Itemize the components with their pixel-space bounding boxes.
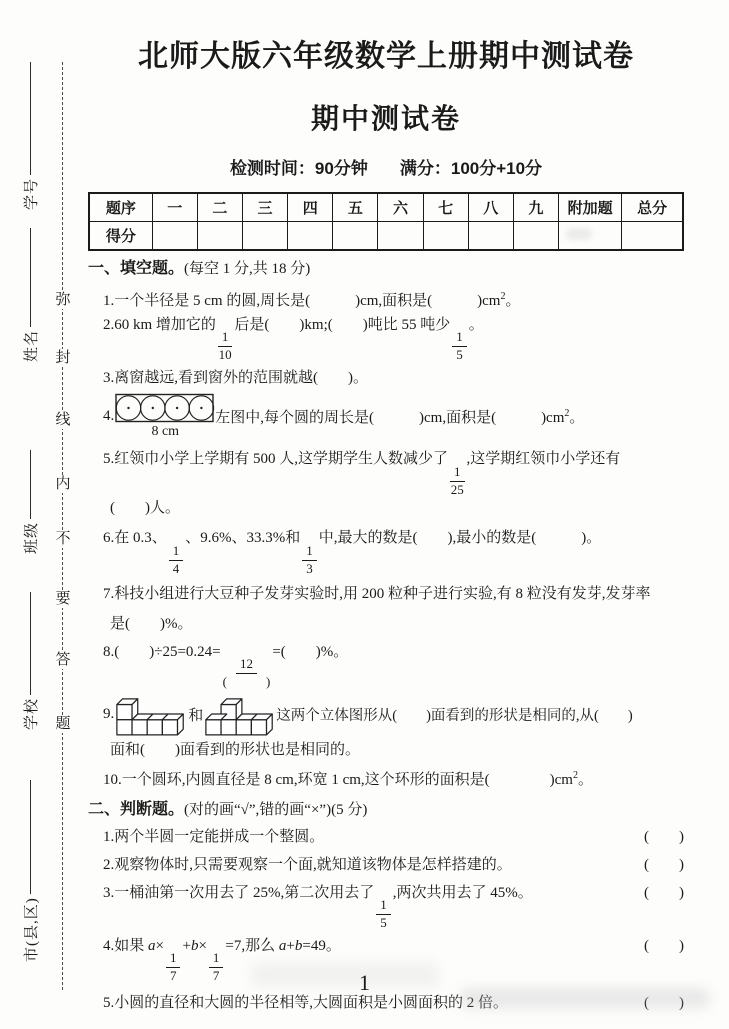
field-school-label: 学校 [20, 698, 41, 730]
fill-q9-text: 这两个立体图形从( )面看到的形状是相同的,从( ) [276, 704, 632, 725]
content-column: 北师大版六年级数学上册期中测试卷 期中测试卷 检测时间：90分钟 满分：100分… [88, 0, 684, 1014]
fill-q9: 9. 和 [103, 692, 684, 737]
q4-figure: 8 cm [115, 393, 215, 440]
col-bonus: 附加题 [558, 193, 621, 222]
col-3: 三 [242, 193, 287, 222]
seal-char: 题 [54, 715, 72, 733]
field-student-id: 学号 [20, 62, 40, 210]
judge-q2: 2.观察物体时,只需要观察一个面,就知道该物体是怎样搭建的。 ( ) [103, 854, 684, 876]
judge-q3-answer-blank: ( ) [644, 882, 684, 931]
field-school: 学校 [20, 592, 40, 730]
seal-char: 答 [54, 651, 72, 669]
judge-q2-text: 2.观察物体时,只需要观察一个面,就知道该物体是怎样搭建的。 [103, 854, 512, 876]
col-6: 六 [378, 193, 423, 222]
col-question-order: 题序 [89, 193, 152, 222]
score-cell [378, 222, 423, 251]
fill-q2: 2.60 km 增加它的110后是( )km;( )吨比 55 吨少15。 [103, 314, 684, 363]
circles-in-rectangle-figure [115, 393, 215, 424]
seal-char: 内 [54, 475, 72, 493]
judge-q1: 1.两个半圆一定能拼成一个整圆。 ( ) [103, 826, 684, 848]
seal-char: 不 [54, 530, 72, 548]
fill-q5-line1: 5.红领巾小学上学期有 500 人,这学期学生人数减少了125,这学期红领巾小学… [103, 448, 684, 497]
fill-q7-line1: 7.科技小组进行大豆种子发芽实验时,用 200 粒种子进行实验,有 8 粒没有发… [103, 583, 684, 605]
col-total: 总分 [622, 193, 683, 222]
field-name-label: 姓名 [20, 330, 41, 362]
fill-q10: 10.一个圆环,内圆直径是 8 cm,环宽 1 cm,这个环形的面积是( )cm… [103, 765, 684, 791]
section-1-note: (每空 1 分,共 18 分) [184, 261, 310, 277]
field-class-label: 班级 [20, 522, 41, 554]
fill-q4-text: 左图中,每个圆的周长是( )cm,面积是( )cm2。 [215, 406, 584, 427]
field-student-id-label: 学号 [20, 178, 41, 210]
paper-subtitle: 期中测试卷 [88, 102, 684, 136]
field-name-line [30, 228, 31, 327]
fill-q4: 4. 8 cm 左图中,每个圆的周长是( )cm,面积是( )cm2。 [103, 393, 684, 440]
fill-q6: 6.在 0.3、14、9.6%、33.3%和13中,最大的数是( ),最小的数是… [103, 527, 684, 576]
fill-q5-line2: ( )人。 [110, 497, 684, 519]
col-2: 二 [197, 193, 242, 222]
field-city-line [30, 780, 31, 894]
score-cell [423, 222, 468, 251]
score-cell [197, 222, 242, 251]
score-table: 题序 一 二 三 四 五 六 七 八 九 附加题 总分 得分 [88, 192, 684, 251]
paper-title: 北师大版六年级数学上册期中测试卷 [88, 38, 684, 76]
judge-q3-text: 3.一桶油第一次用去了 25%,第二次用去了15,两次共用去了 45%。 [103, 882, 533, 931]
score-cell [242, 222, 287, 251]
exam-time: 检测时间：90分钟 [230, 158, 368, 180]
fill-q7-line2: 是( )%。 [110, 613, 684, 635]
cube-figure-left [115, 692, 187, 737]
field-school-line [30, 592, 31, 695]
field-class: 班级 [20, 450, 40, 554]
field-student-id-line [30, 62, 31, 175]
q9-number: 9. [103, 706, 114, 723]
judge-q2-answer-blank: ( ) [644, 854, 684, 876]
section-2-heading: 二、判断题。(对的画“√”,错的画“×”)(5 分) [88, 799, 684, 821]
section-2-title: 二、判断题。 [88, 801, 184, 818]
seal-char: 弥 [54, 291, 72, 309]
judge-q3: 3.一桶油第一次用去了 25%,第二次用去了15,两次共用去了 45%。 ( ) [103, 882, 684, 931]
judge-q1-answer-blank: ( ) [644, 826, 684, 848]
seal-char: 要 [54, 590, 72, 608]
q9-and: 和 [188, 704, 203, 725]
exam-info-line: 检测时间：90分钟 满分：100分+10分 [88, 158, 684, 180]
judge-q1-text: 1.两个半圆一定能拼成一个整圆。 [103, 826, 324, 848]
score-cell [622, 222, 683, 251]
page-number: 1 [0, 970, 729, 996]
seal-dashed-line [62, 62, 63, 990]
score-cell [152, 222, 197, 251]
field-city-label: 市(县,区) [20, 897, 41, 962]
fill-q8: 8.( )÷25=0.24=12( )=( )%。 [103, 641, 684, 690]
fill-q1: 1.一个半径是 5 cm 的圆,周长是( )cm,面积是( )cm2。 [103, 286, 684, 312]
col-5: 五 [333, 193, 378, 222]
score-cell [468, 222, 513, 251]
section-1-title: 一、填空题。 [88, 260, 184, 277]
score-table-header-row: 题序 一 二 三 四 五 六 七 八 九 附加题 总分 [89, 193, 683, 222]
col-9: 九 [513, 193, 558, 222]
exam-paper: 学号 姓名 班级 学校 市(县,区) 弥 封 线 内 不 要 答 题 北师大版六… [0, 0, 729, 1029]
field-city: 市(县,区) [20, 780, 40, 962]
col-4: 四 [288, 193, 333, 222]
section-2-note: (对的画“√”,错的画“×”)(5 分) [184, 802, 367, 818]
seal-char: 封 [54, 349, 72, 367]
fill-q9-line2: 面和( )面看到的形状也是相同的。 [110, 739, 684, 761]
q4-number: 4. [103, 408, 114, 425]
score-cell [288, 222, 333, 251]
score-cell [333, 222, 378, 251]
score-row-label: 得分 [89, 222, 152, 251]
score-cell [513, 222, 558, 251]
field-class-line [30, 450, 31, 519]
scan-smudge [566, 228, 592, 240]
seal-char: 线 [54, 411, 72, 429]
cube-figure-right [204, 692, 276, 737]
exam-full-score: 满分：100分+10分 [400, 158, 542, 180]
col-1: 一 [152, 193, 197, 222]
field-name: 姓名 [20, 228, 40, 362]
fill-q3: 3.离窗越远,看到窗外的范围就越( )。 [103, 367, 684, 389]
col-8: 八 [468, 193, 513, 222]
col-7: 七 [423, 193, 468, 222]
q4-figure-dimension: 8 cm [151, 424, 179, 440]
section-1-heading: 一、填空题。(每空 1 分,共 18 分) [88, 258, 684, 280]
score-table-score-row: 得分 [89, 222, 683, 251]
